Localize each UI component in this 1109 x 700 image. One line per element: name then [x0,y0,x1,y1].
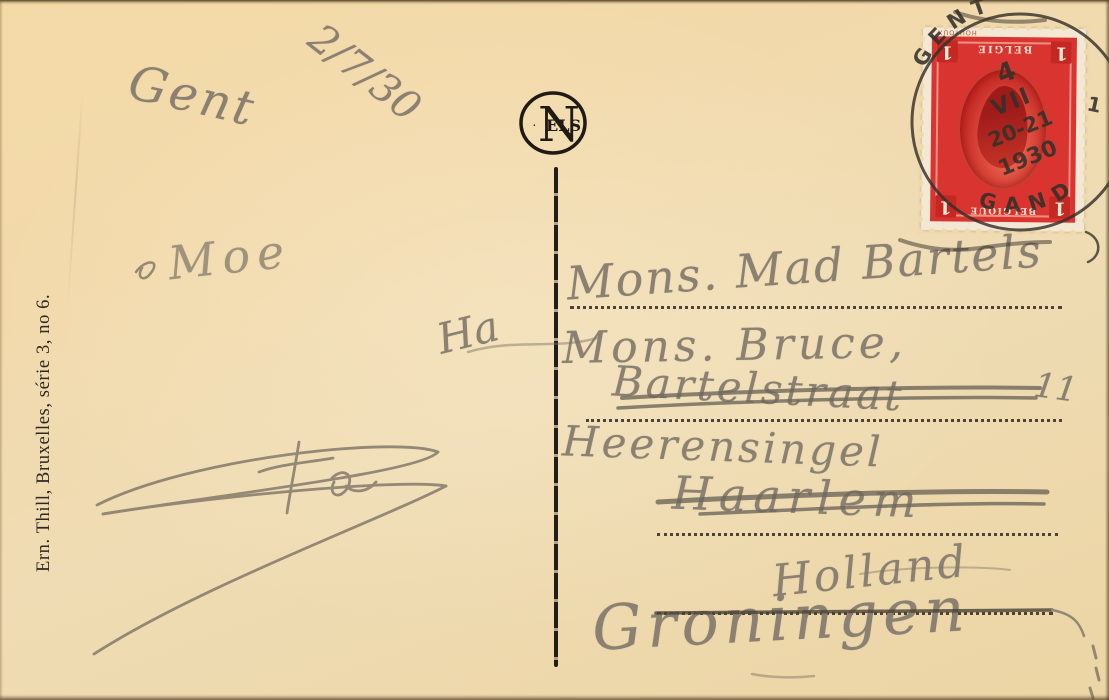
ha-crossbar [468,338,597,352]
postcard-back: Ern. Thill, Bruxelles, série 3, no 6. N … [0,0,1109,700]
moe-lead-flourish [136,262,154,278]
strikethrough-line-5 [658,491,1047,514]
pencil-strokes [0,0,1109,700]
rule-end-hook [1052,610,1084,636]
dark-rule-overlay [656,610,1052,613]
right-edge-dashes [1090,646,1099,698]
groningen-underline [752,674,814,677]
holland-overline [860,567,1010,574]
strikethrough-line-3 [618,387,1040,408]
ink-bracket-mark [1086,232,1098,262]
scribble-signature [94,442,446,654]
